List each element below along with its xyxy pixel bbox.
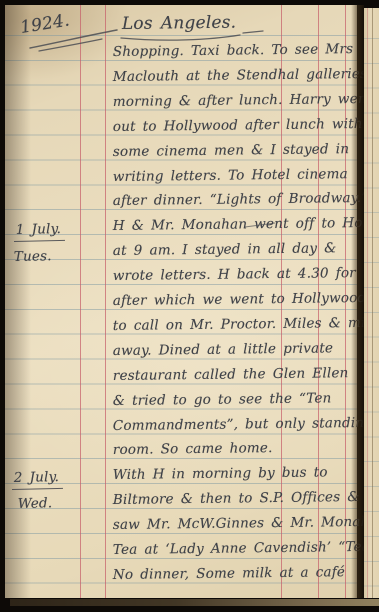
margin-line-left-2 — [105, 5, 106, 598]
diary-line: Tea at ‘Lady Anne Cavendish’ “Tea shop — [113, 536, 379, 560]
diary-line: saw Mr. McW.Ginnes & Mr. Monahan. — [113, 512, 379, 535]
diary-line: some cinema men & I stayed in — [113, 139, 350, 162]
margin-date-1-july: 1 July. — [14, 219, 66, 242]
diary-line: restaurant called the Glen Ellen — [113, 363, 349, 386]
diary-line: Maclouth at the Stendhal galleries in — [113, 64, 379, 87]
diary-line: No dinner, Some milk at a café — [113, 562, 345, 585]
diary-line: Shopping. Taxi back. To see Mrs — [113, 39, 354, 62]
margin-day-tues: Tues. — [14, 246, 52, 267]
diary-line: after dinner. “Lights of Broadway.” — [113, 188, 369, 211]
margin-day-wed: Wed. — [18, 493, 53, 514]
diary-line: H & Mr. Monahan went off to Hollywood — [113, 213, 379, 237]
diary-line: morning & after lunch. Harry went — [113, 89, 373, 112]
diary-line: after which we went to Hollywood — [113, 288, 367, 311]
diary-line: & tried to go to see the “Ten — [113, 388, 332, 411]
underlying-page-edge — [364, 8, 379, 598]
page-edge-seam — [351, 5, 364, 598]
diary-line: writing letters. To Hotel cinema — [113, 164, 348, 187]
diary-line: Biltmore & then to S.P. Offices & — [113, 487, 360, 510]
diary-line: Commandments”, but only standing — [113, 412, 373, 435]
diary-line: to call on Mr. Proctor. Miles & miles — [113, 313, 379, 336]
diary-line: at 9 am. I stayed in all day & — [113, 238, 337, 261]
place-heading: Los Angeles. — [122, 13, 237, 34]
margin-line-underlying — [367, 8, 368, 598]
diary-line: room. So came home. — [113, 438, 273, 460]
margin-date-2-july: 2 July. — [12, 467, 64, 490]
diary-photo: { "colors": { "paper": "#e8dbbc", "ink":… — [0, 0, 379, 612]
diary-line: away. Dined at a little private — [113, 338, 333, 361]
diary-line: wrote letters. H back at 4.30 for tea — [113, 263, 379, 286]
diary-line: With H in morning by bus to — [113, 463, 328, 486]
margin-line-left-1 — [80, 5, 81, 598]
diary-page: 1924. Los Angeles. 1 July. Tues. 2 July.… — [5, 5, 357, 598]
page-stack-edge — [10, 599, 379, 606]
paper-crease — [372, 8, 373, 598]
diary-line: out to Hollywood after lunch with — [113, 114, 363, 137]
